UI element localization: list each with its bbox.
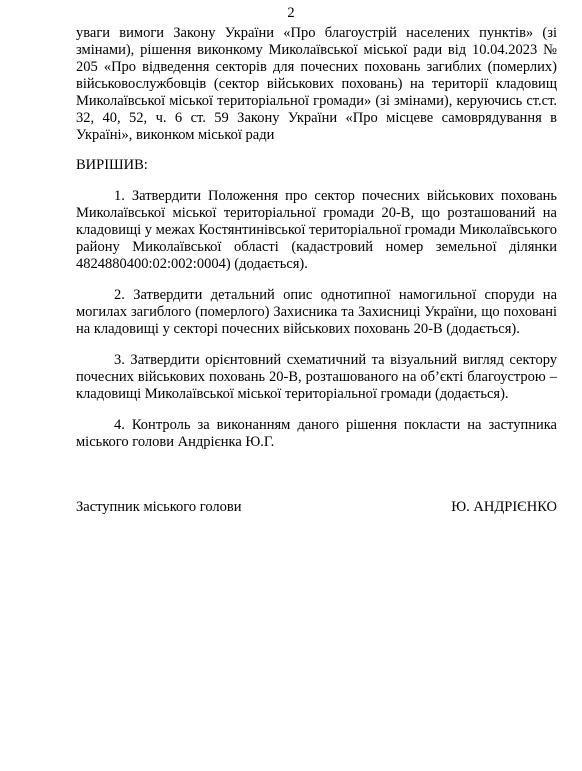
signature-name: Ю. АНДРІЄНКО [451,499,557,516]
resolution-item-3: 3. Затвердити орієнтовний схематичний та… [76,352,557,403]
signature-position: Заступник міського голови [76,499,242,516]
intro-paragraph: уваги вимоги Закону України «Про благоус… [76,25,557,144]
resolution-heading: ВИРІШИВ: [76,157,557,174]
document-page: 2 уваги вимоги Закону України «Про благо… [0,0,582,771]
document-content: уваги вимоги Закону України «Про благоус… [0,22,582,516]
page-number: 2 [0,0,582,22]
signature-row: Заступник міського голови Ю. АНДРІЄНКО [76,499,557,516]
resolution-item-2: 2. Затвердити детальний опис однотипної … [76,287,557,338]
resolution-item-1: 1. Затвердити Положення про сектор почес… [76,188,557,273]
resolution-item-4: 4. Контроль за виконанням даного рішення… [76,417,557,451]
